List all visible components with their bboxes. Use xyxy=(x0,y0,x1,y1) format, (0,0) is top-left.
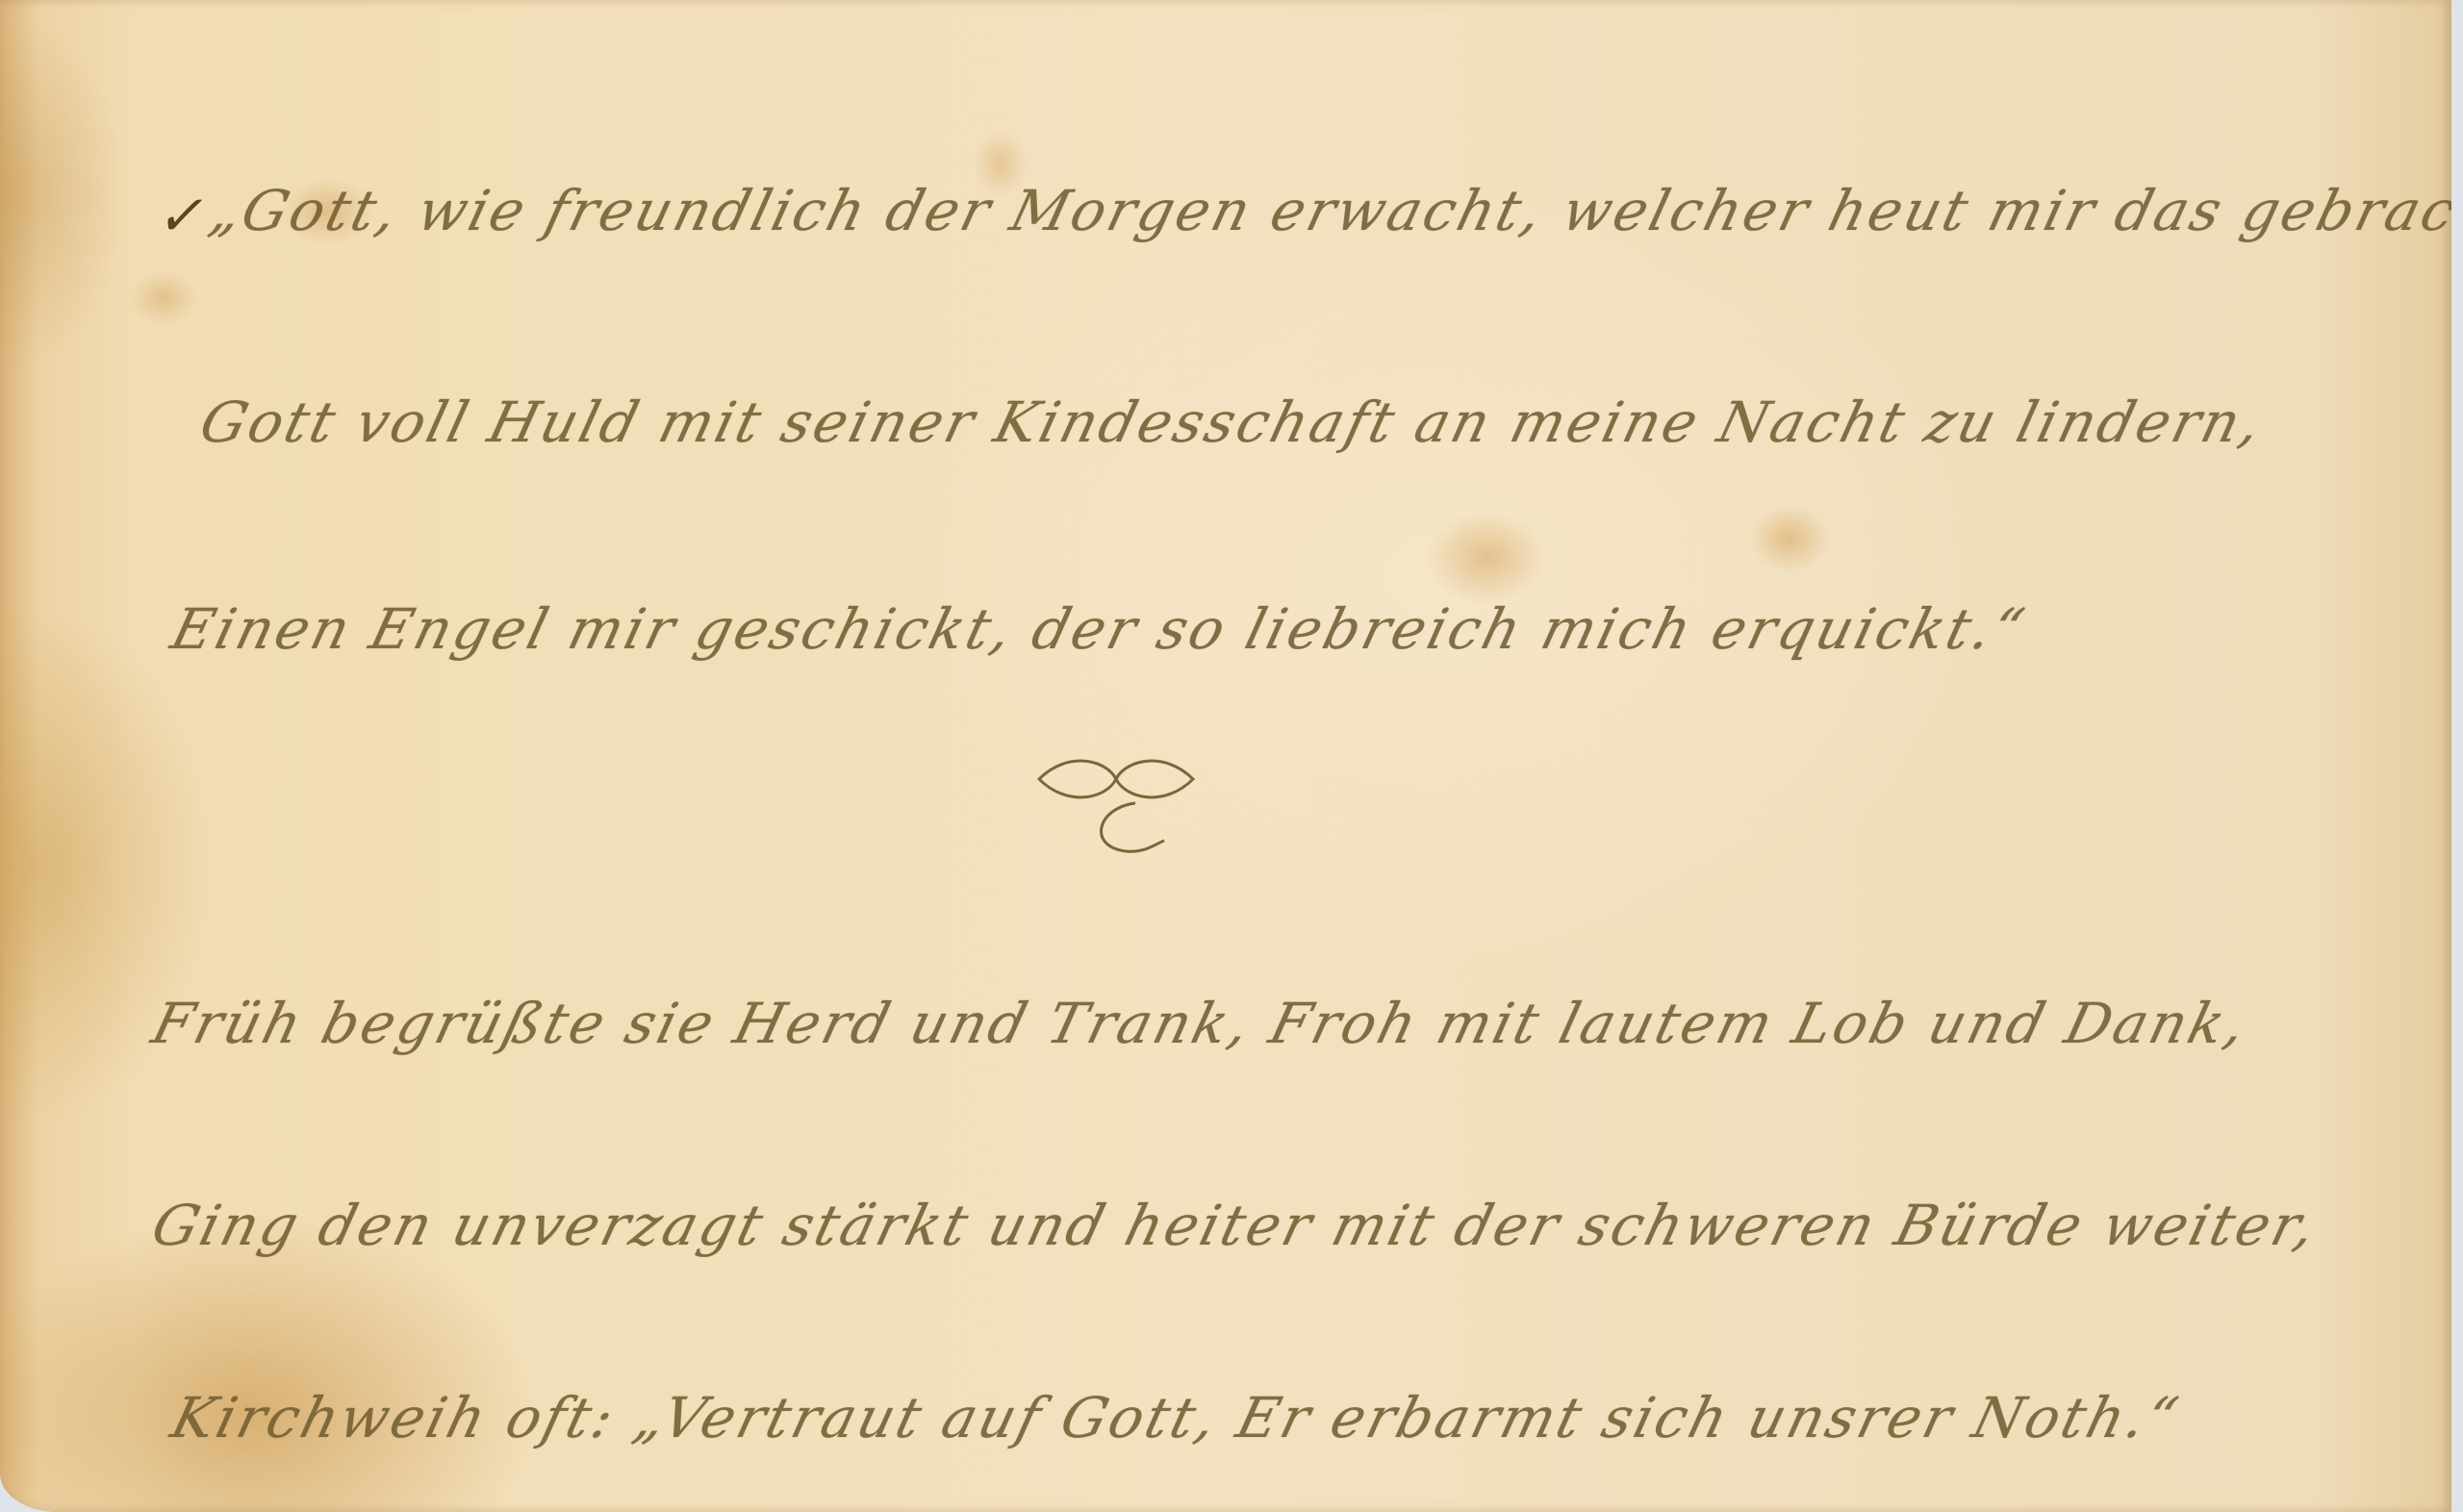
page-edge xyxy=(2451,0,2463,1512)
flourish-divider-icon xyxy=(1020,741,1212,866)
manuscript-line-3: Einen Engel mir geschickt, der so liebre… xyxy=(165,596,2034,662)
check-mark-icon: ✓ xyxy=(156,183,203,248)
manuscript-line-1: „Gott, wie freundlich der Morgen erwacht… xyxy=(204,178,2463,243)
manuscript-line-5: Ging den unverzagt stärkt und heiter mit… xyxy=(146,1193,2325,1258)
manuscript-page: ✓ „Gott, wie freundlich der Morgen erwac… xyxy=(0,0,2451,1512)
manuscript-line-4: Früh begrüßte sie Herd und Trank, Froh m… xyxy=(146,991,2255,1056)
manuscript-line-2: Gott voll Huld mit seiner Kindesschaft a… xyxy=(194,390,2271,455)
manuscript-line-6: Kirchweih oft: „Vertraut auf Gott, Er er… xyxy=(165,1385,2188,1450)
